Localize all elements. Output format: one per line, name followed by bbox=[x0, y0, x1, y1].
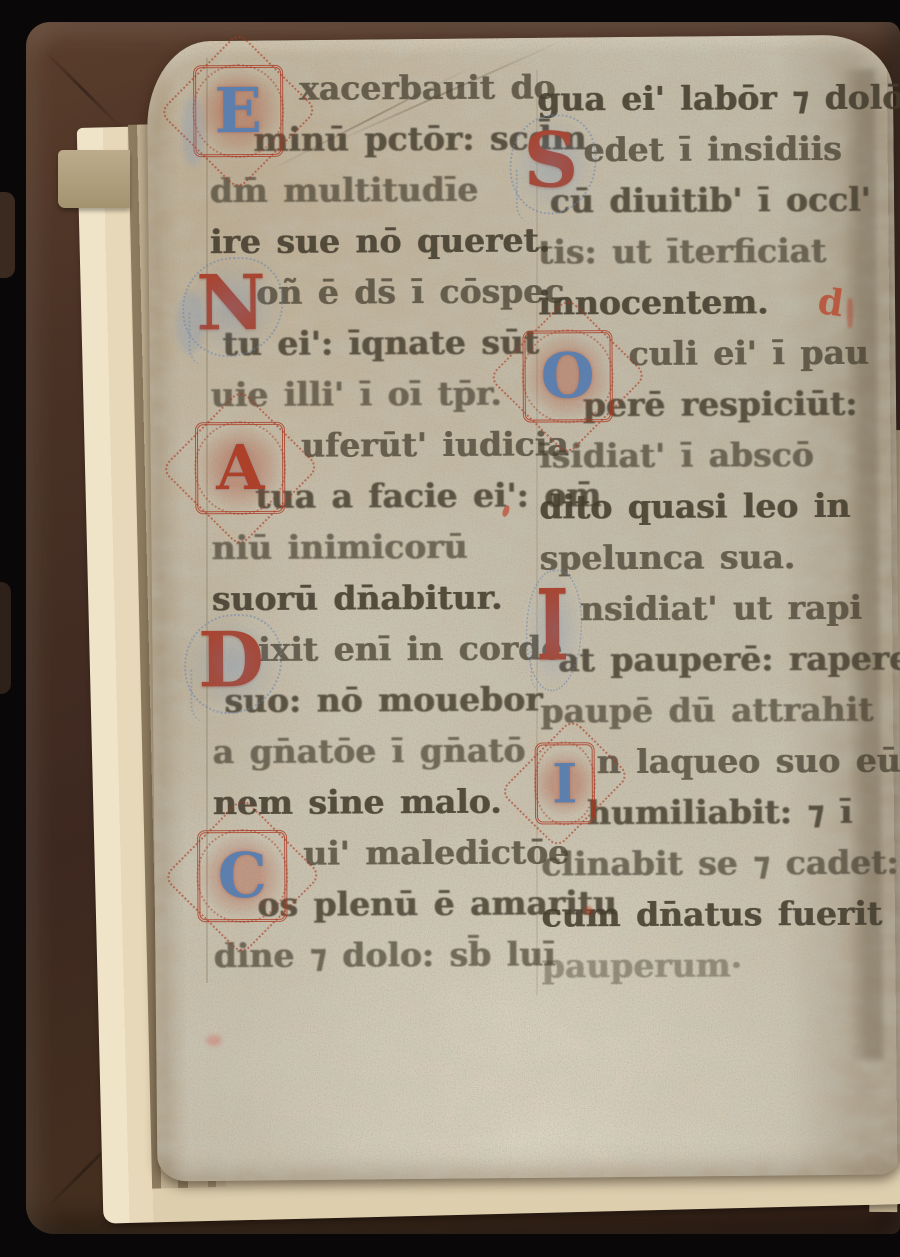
psalm-verse: In laqueo suo eūhumiliabit: ⁊ īclinabit … bbox=[541, 735, 872, 992]
text-line: spelunca sua. bbox=[539, 531, 869, 584]
psalm-verse: Oculi ei' ī pauperē respiciūt:īsidiat' ī… bbox=[538, 327, 869, 584]
text-line: gua ei' labōr ⁊ dolō. bbox=[537, 72, 867, 125]
psalm-verse: Noñ ē ds̄ ī cōspectu ei': īqnate sūtuie … bbox=[210, 266, 541, 421]
psalm-verse: Cui' maledictōeos plenū ē amaritudine ⁊ … bbox=[213, 827, 544, 982]
text-line: paupē dū attrahit bbox=[540, 684, 870, 737]
text-line: pauperum· bbox=[542, 939, 872, 992]
illuminated-initial: O bbox=[512, 320, 623, 433]
text-line: dine ⁊ dolo: sb̄ luī bbox=[214, 929, 544, 982]
red-ink-speck bbox=[584, 906, 593, 915]
psalm-verse: Auferūt' iudiciatua a facie ei': om̄niū … bbox=[211, 419, 542, 625]
pink-stain bbox=[206, 1035, 222, 1046]
text-line: clinabit se ⁊ cadet: bbox=[541, 837, 871, 890]
text-column-left: Exacerbauit dominū pctōr: scd̄mdm̄ multi… bbox=[209, 62, 544, 982]
text-line: dito quasi leo in bbox=[539, 480, 869, 533]
illuminated-initial: D bbox=[198, 622, 264, 698]
illuminated-initial: I bbox=[536, 577, 570, 675]
filigree-initial-frame: I bbox=[525, 732, 606, 834]
psalm-verse: Insidiat' ut rapiat pauperē: raperepaupē… bbox=[540, 582, 871, 737]
illuminated-initial: C bbox=[187, 820, 298, 933]
text-layer: Exacerbauit dominū pctōr: scd̄mdm̄ multi… bbox=[0, 0, 900, 1257]
filigree-initial-frame: C bbox=[187, 820, 298, 933]
manuscript-photo: Exacerbauit dominū pctōr: scd̄mdm̄ multi… bbox=[0, 0, 900, 1257]
filigree-initial-frame: O bbox=[512, 320, 623, 433]
illuminated-initial: I bbox=[525, 732, 606, 834]
psalm-verse: Dixit enī in cordesuo: nō mouebora gn̄at… bbox=[212, 623, 543, 829]
text-line: niū inimicorū bbox=[211, 521, 541, 574]
illuminated-initial: S bbox=[523, 122, 578, 198]
text-line: īsidiat' ī abscō bbox=[539, 429, 869, 482]
text-line: at pauperē: rapere bbox=[540, 633, 870, 686]
filigree-initial-frame: A bbox=[185, 412, 296, 525]
text-line: a gn̄atōe ī gn̄atō bbox=[213, 725, 543, 778]
text-line: tis: ut īterficiat bbox=[538, 225, 868, 278]
blue-pigment-smudge bbox=[182, 96, 204, 166]
psalm-verse: Exacerbauit dominū pctōr: scd̄mdm̄ multi… bbox=[209, 62, 540, 268]
illuminated-initial: A bbox=[185, 412, 296, 525]
text-line: dm̄ multitudīe bbox=[210, 164, 540, 217]
text-line: nsidiat' ut rapi bbox=[540, 582, 870, 635]
illuminated-initial: N bbox=[196, 265, 266, 341]
red-ink-speck bbox=[847, 298, 853, 328]
text-column-right: gua ei' labōr ⁊ dolō.Sedet ī insidiiscū … bbox=[537, 72, 872, 992]
blue-pigment-smudge bbox=[176, 292, 204, 354]
psalm-verse: gua ei' labōr ⁊ dolō. bbox=[537, 72, 867, 125]
